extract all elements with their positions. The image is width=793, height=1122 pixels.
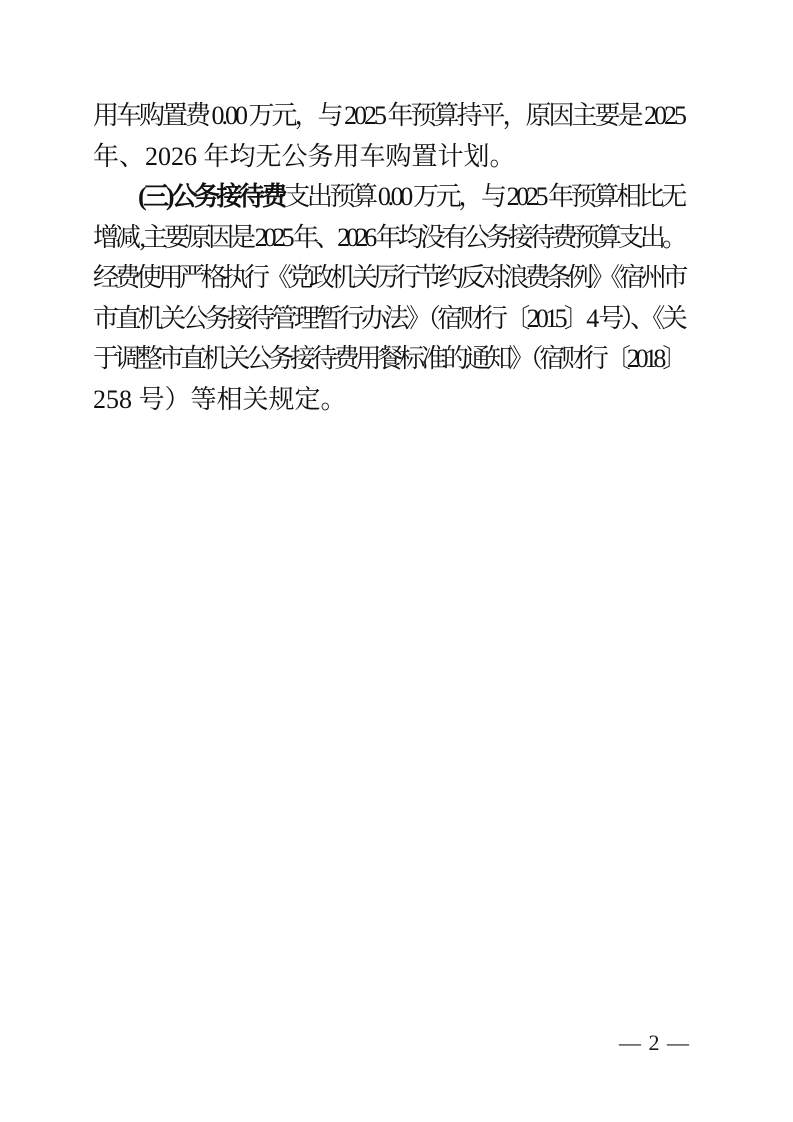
text-run: 用车购置费 0.00 万元，与 2025 年预算持平，原因主要是 2025 bbox=[93, 101, 684, 130]
text-line-4: 增减 ,主要原因是 2025 年、2026 年均没有公务接待费预算支出。 bbox=[93, 218, 684, 259]
text-run: 经费使用严格执行《党政机关厉行节约反对浪费条例》《宿州市 bbox=[93, 263, 684, 292]
text-run: 于调整市直机关公务接待费用餐标准的通知》（宿财行〔2018〕 bbox=[93, 344, 684, 373]
body-text-block: 用车购置费 0.00 万元，与 2025 年预算持平，原因主要是 2025 年、… bbox=[93, 96, 684, 420]
text-line-3: (三)公务接待费支出预算 0.00 万元，与 2025 年预算相比无 bbox=[93, 177, 684, 218]
text-run: 增减 ,主要原因是 2025 年、2026 年均没有公务接待费预算支出。 bbox=[93, 223, 684, 252]
text-line-6: 市直机关公务接待管理暂行办法》（宿财行〔2015〕4 号）、《关 bbox=[93, 299, 684, 340]
text-run: 年、2026 年均无公务用车购置计划。 bbox=[93, 142, 516, 171]
text-line-7: 于调整市直机关公务接待费用餐标准的通知》（宿财行〔2018〕 bbox=[93, 339, 684, 380]
text-run: 支出预算 0.00 万元，与 2025 年预算相比无 bbox=[284, 182, 684, 211]
text-run: 市直机关公务接待管理暂行办法》（宿财行〔2015〕4 号）、《关 bbox=[93, 304, 684, 333]
page-number: — 2 — bbox=[619, 1028, 690, 1058]
document-page: 用车购置费 0.00 万元，与 2025 年预算持平，原因主要是 2025 年、… bbox=[0, 0, 793, 1122]
text-line-5: 经费使用严格执行《党政机关厉行节约反对浪费条例》《宿州市 bbox=[93, 258, 684, 299]
text-line-1: 用车购置费 0.00 万元，与 2025 年预算持平，原因主要是 2025 bbox=[93, 96, 684, 137]
section-heading-run: (三)公务接待费 bbox=[138, 182, 284, 211]
text-run: 258 号）等相关规定。 bbox=[93, 385, 347, 414]
text-line-2: 年、2026 年均无公务用车购置计划。 bbox=[93, 137, 684, 178]
text-line-8: 258 号）等相关规定。 bbox=[93, 380, 684, 421]
